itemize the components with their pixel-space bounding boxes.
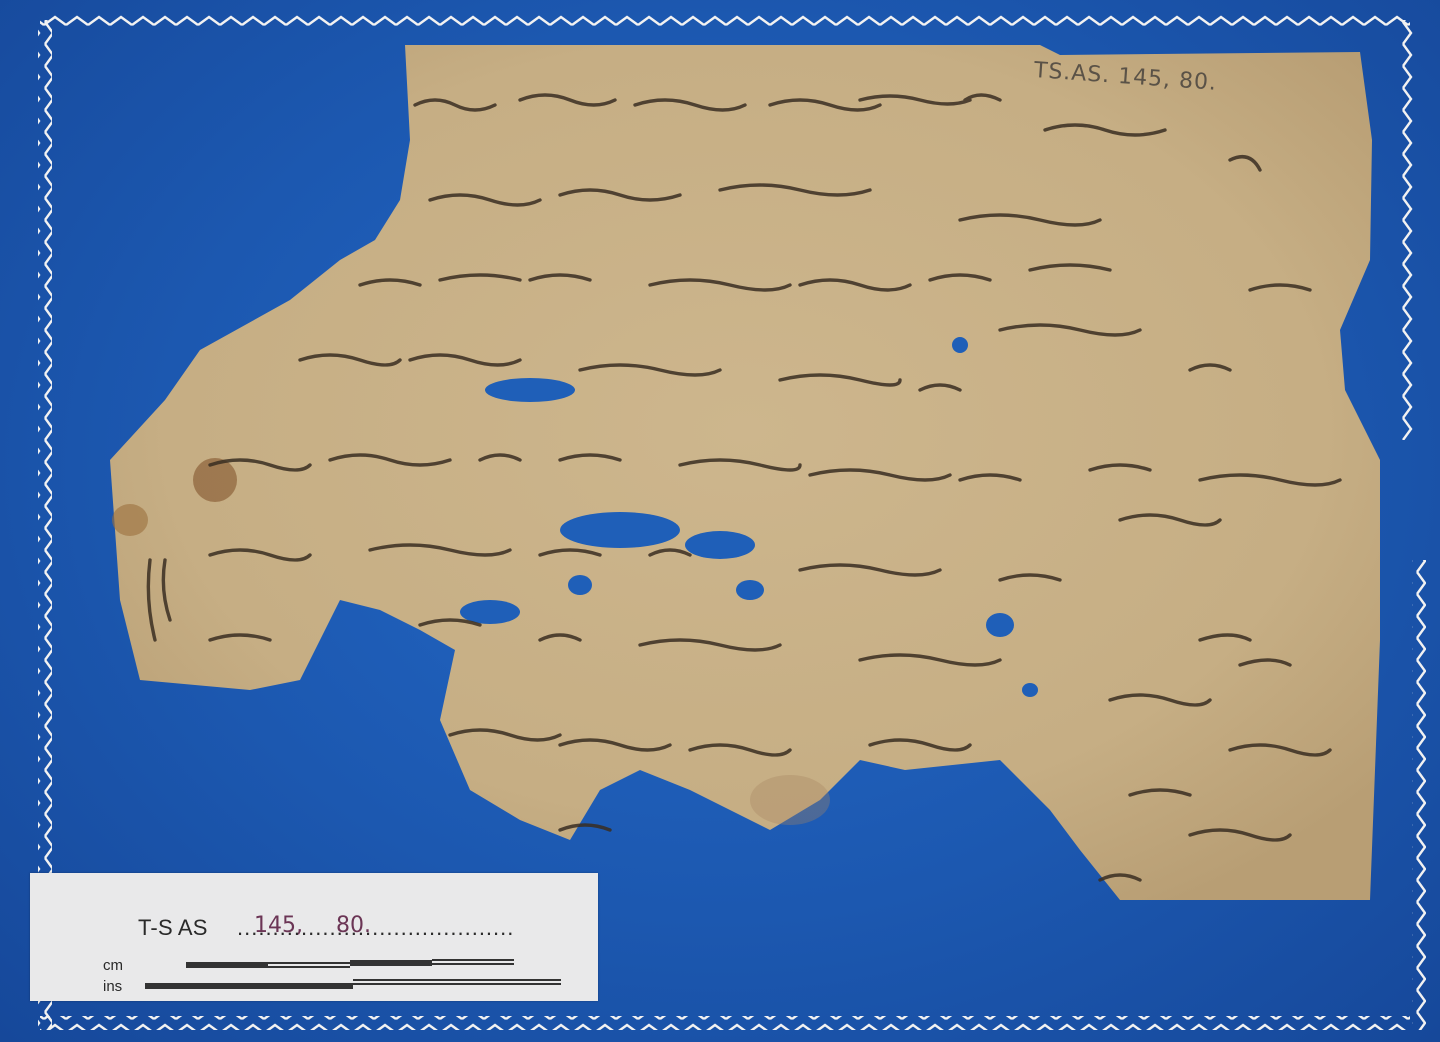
handwritten-number-1: 145,	[254, 913, 303, 938]
ins-scale-segment-2	[353, 979, 561, 985]
collection-label: T-S AS	[138, 915, 208, 941]
cm-scale-segment-2	[268, 962, 350, 968]
ins-label: ins	[103, 978, 122, 995]
cm-scale-segment-1	[186, 962, 268, 968]
shelfmark-label-card: T-S AS .................................…	[30, 873, 598, 1001]
cm-scale-segment-4	[432, 959, 514, 965]
handwritten-number-2: 80.	[336, 913, 371, 938]
cm-label: cm	[103, 957, 123, 974]
cm-scale-segment-3	[350, 960, 432, 966]
ins-scale-segment-1	[145, 983, 353, 989]
